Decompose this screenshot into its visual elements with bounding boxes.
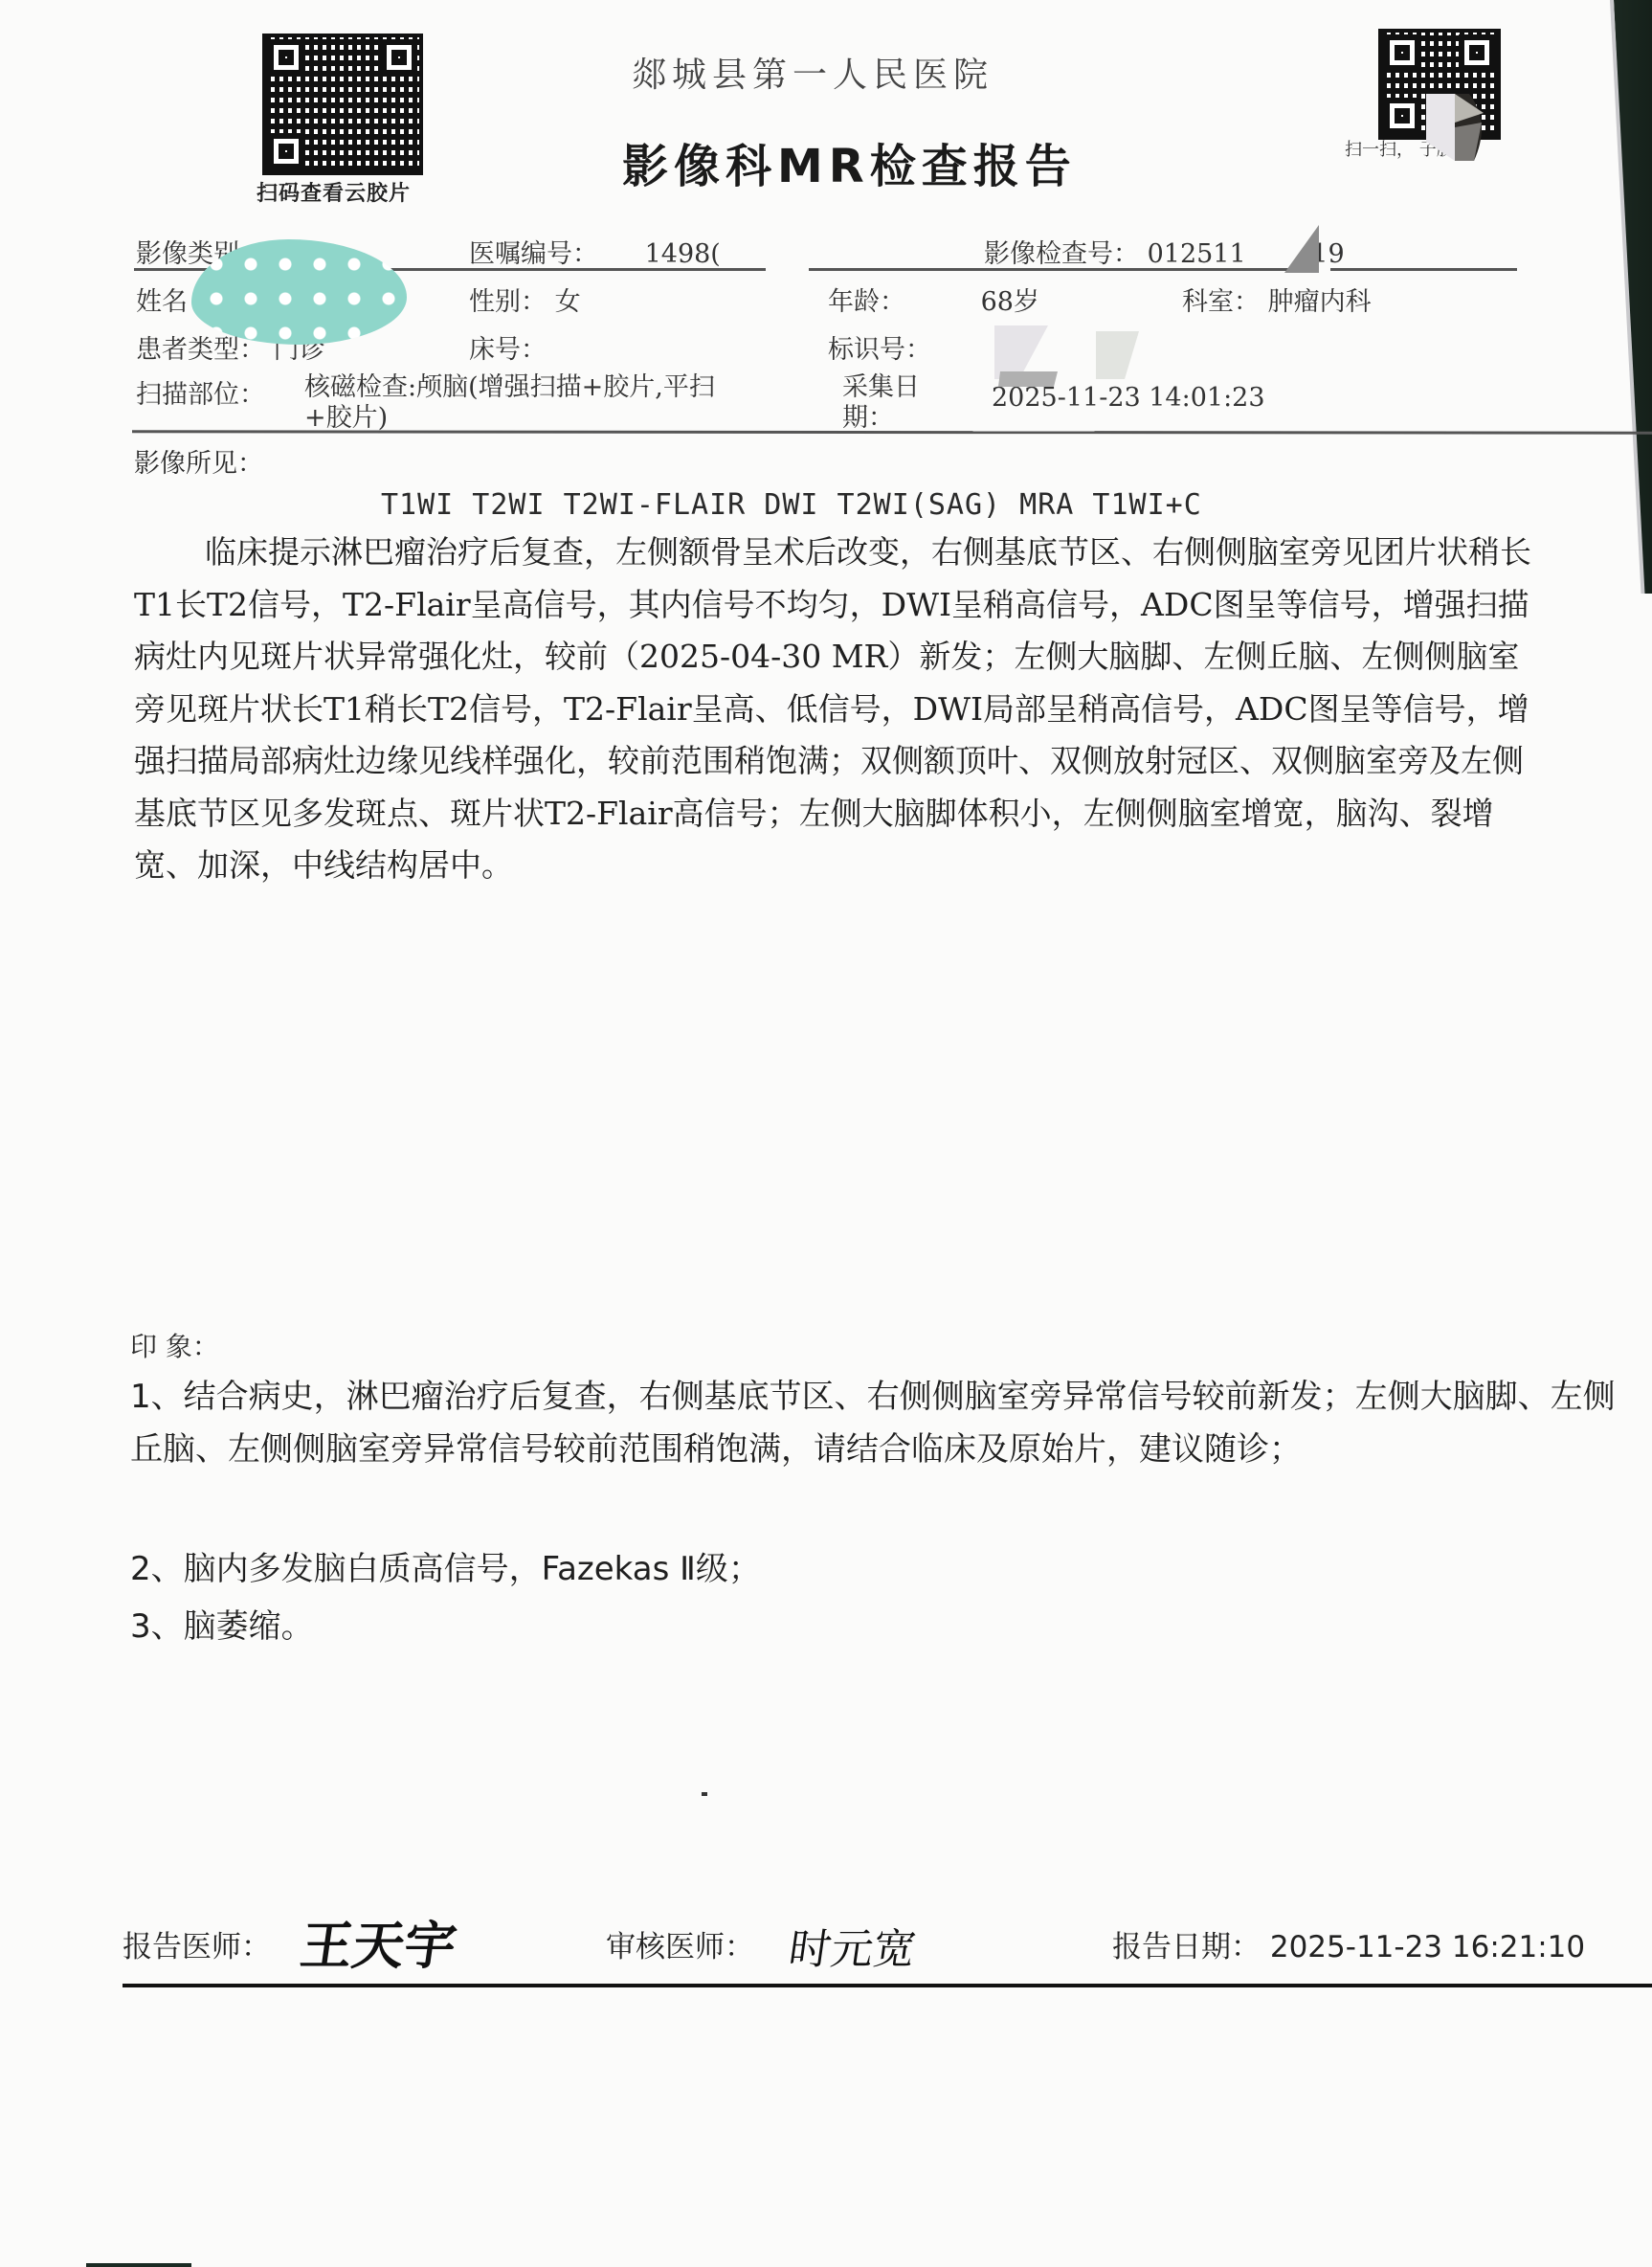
name-field: 姓名 — [136, 281, 188, 318]
order-number-value: 1498( — [645, 239, 721, 269]
identifier-field: 标识号： — [828, 328, 931, 366]
bed-number-label: 床号： — [469, 335, 547, 365]
mr-sequences: T1WI T2WI T2WI-FLAIR DWI T2WI(SAG) MRA T… — [381, 488, 1202, 522]
report-date-label: 报告日期： — [1112, 1930, 1261, 1964]
impression-item-1: 1、结合病史，淋巴瘤治疗后复查，右侧基底节区、右侧侧脑室旁异常信号较前新发；左侧… — [130, 1371, 1623, 1476]
background-table-edge — [1595, 0, 1652, 594]
name-redaction — [191, 239, 407, 345]
header-rule-1b — [809, 268, 1292, 271]
gender-label: 性别： — [469, 287, 547, 317]
identifier-redaction — [991, 322, 1144, 389]
footer-rule — [123, 1984, 1652, 1987]
report-doctor-label: 报告医师： — [123, 1922, 271, 1965]
review-doctor-label: 审核医师： — [606, 1922, 754, 1965]
cloud-film-qr-code — [262, 34, 423, 175]
patient-type-label: 患者类型： — [136, 335, 265, 365]
order-number-field: 医嘱编号： 1498( — [469, 233, 721, 270]
background-edge-bottom — [86, 2263, 191, 2267]
report-date-field: 报告日期： 2025-11-23 16:21:10 — [1112, 1922, 1585, 1965]
bed-number-field: 床号： — [469, 328, 547, 366]
findings-text: 临床提示淋巴瘤治疗后复查，左侧额骨呈术后改变，右侧基底节区、右侧侧脑室旁见团片状… — [134, 527, 1541, 892]
exam-number-label: 影像检查号： — [984, 239, 1139, 269]
gender-value: 女 — [555, 287, 581, 317]
report-title: 影像科MR检查报告 — [622, 129, 1077, 195]
report-date-value: 2025-11-23 16:21:10 — [1270, 1930, 1585, 1964]
exam-number-redaction — [1283, 220, 1321, 278]
age-field: 年龄： 68岁 — [828, 281, 1039, 318]
header-rule-2 — [132, 430, 1652, 434]
scan-site-label: 扫描部位： — [136, 373, 265, 411]
findings-title: 影像所见： — [134, 442, 263, 480]
impression-item-3: 3、脑萎缩。 — [130, 1601, 1623, 1653]
impression-item-2: 2、脑内多发脑白质高信号，Fazekas Ⅱ级； — [130, 1543, 1623, 1596]
impression-title: 印 象： — [130, 1326, 219, 1364]
stray-mark — [702, 1792, 707, 1796]
qr-redaction-shape — [1417, 84, 1493, 170]
age-label: 年龄： — [828, 287, 905, 317]
gender-field: 性别： 女 — [469, 281, 581, 318]
hospital-name: 郯城县第一人民医院 — [632, 48, 993, 97]
header-rule-1c — [1330, 268, 1517, 271]
scan-site-value-line2: +胶片) — [304, 396, 388, 434]
department-field: 科室： 肿瘤内科 — [1182, 281, 1372, 318]
department-label: 科室： — [1182, 287, 1260, 317]
order-number-label: 医嘱编号： — [469, 239, 598, 269]
department-value: 肿瘤内科 — [1268, 287, 1372, 317]
qr-left-caption: 扫码查看云胶片 — [257, 177, 411, 207]
collect-date-label-line2: 期： — [842, 396, 894, 434]
exam-number-value: 012511 — [1148, 239, 1246, 269]
name-label: 姓名 — [136, 287, 188, 317]
identifier-label: 标识号： — [828, 335, 931, 365]
age-value: 68岁 — [981, 287, 1039, 317]
report-doctor-signature: 王天宇 — [297, 1905, 462, 1979]
review-doctor-signature: 时元宽 — [786, 1915, 921, 1976]
